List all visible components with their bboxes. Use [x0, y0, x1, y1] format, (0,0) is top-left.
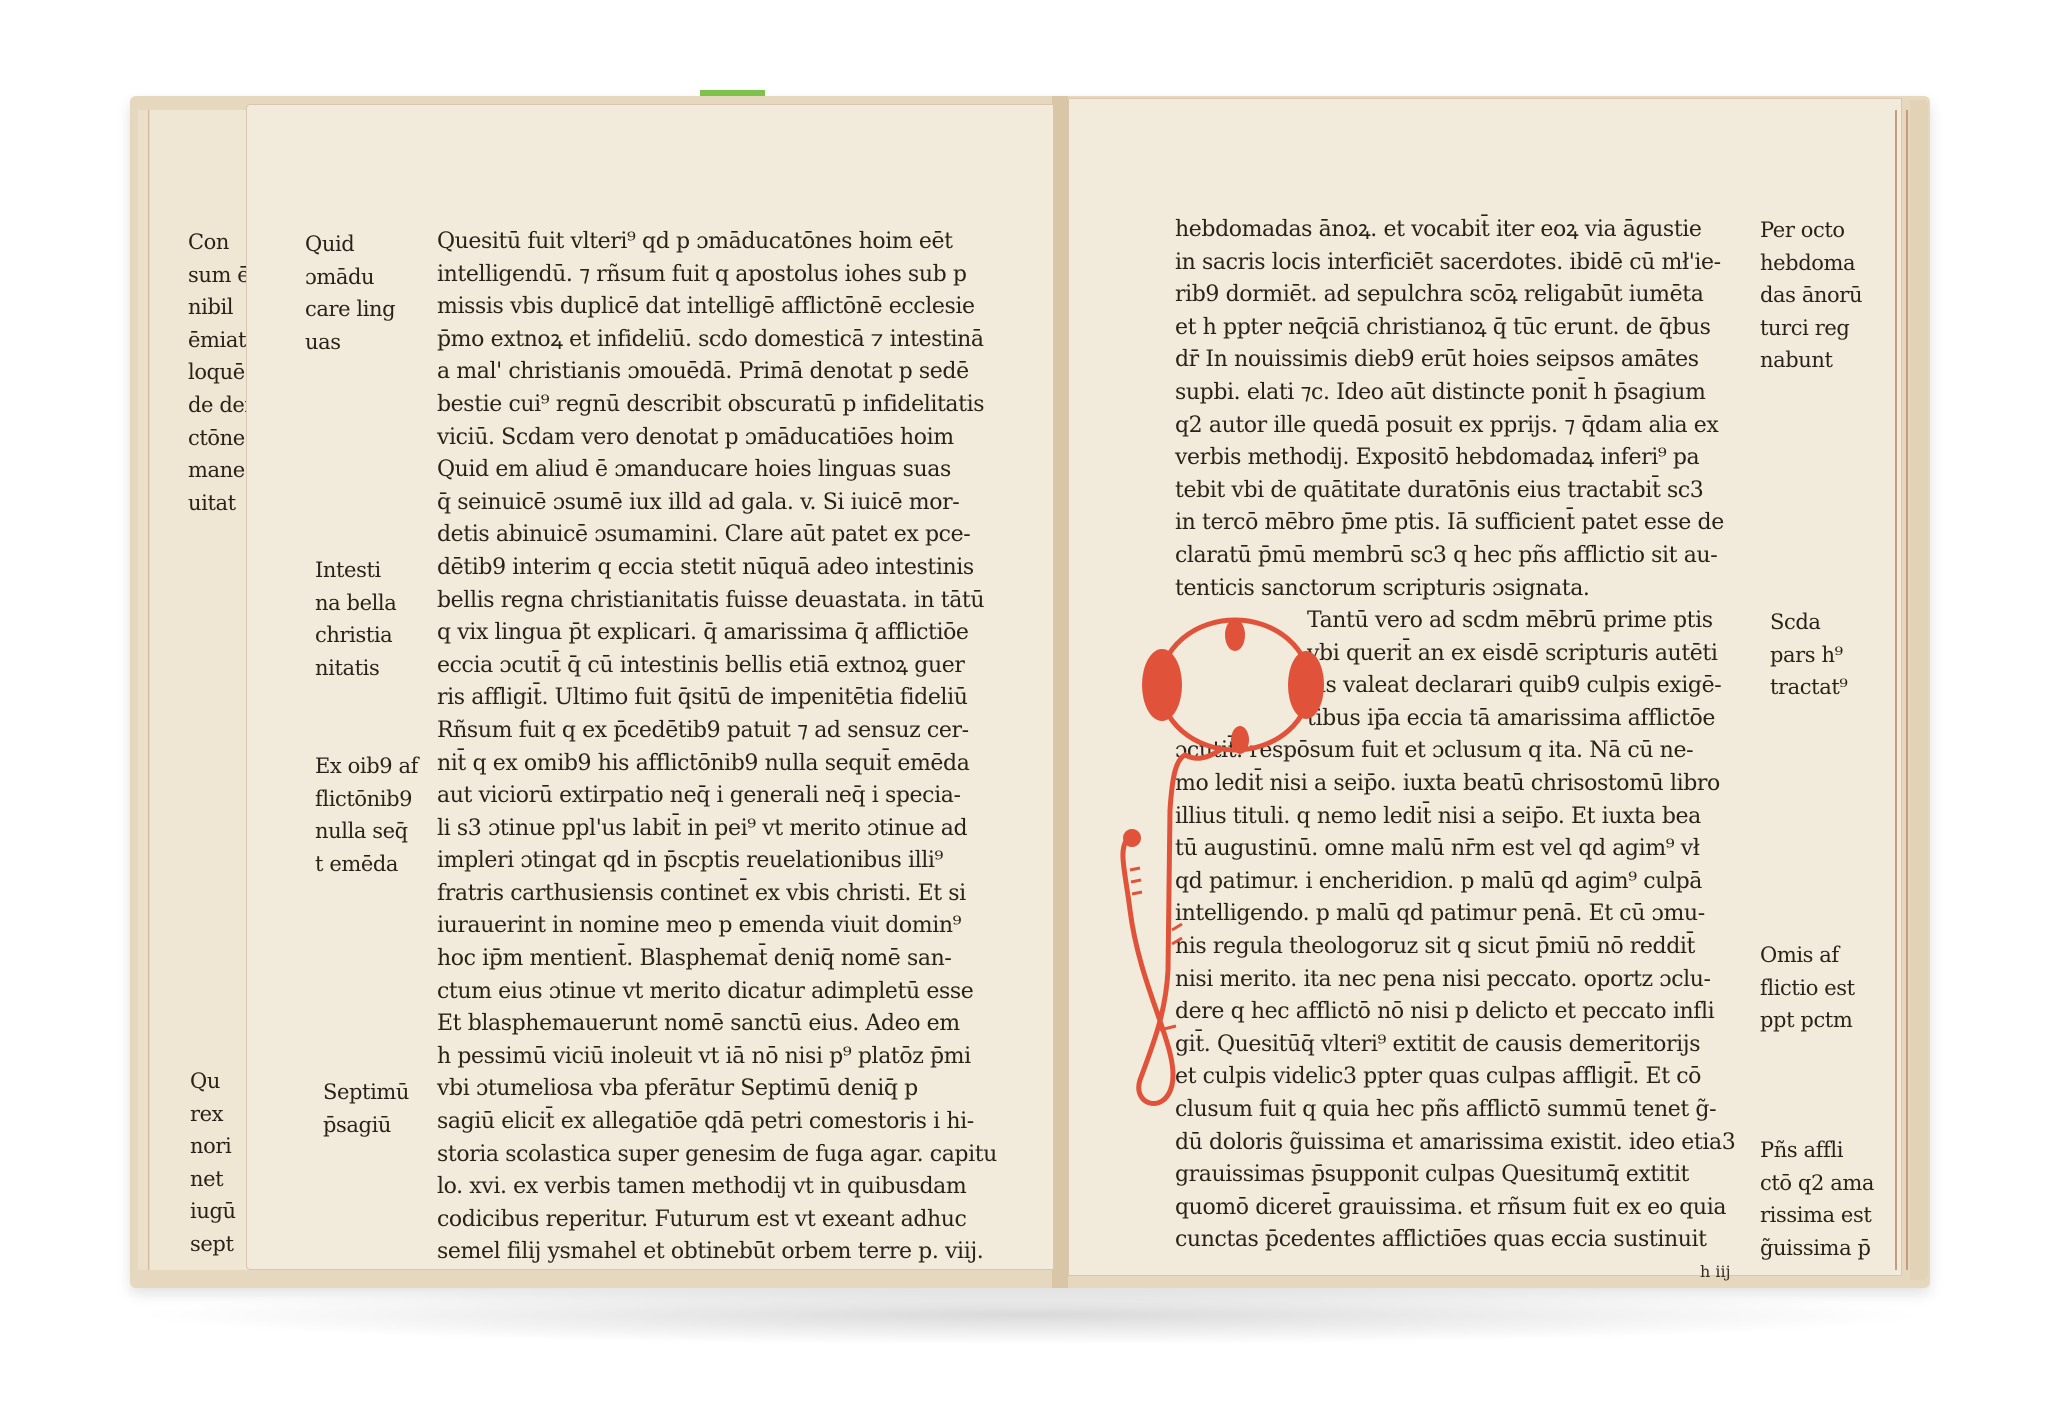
text-line: de def — [188, 389, 248, 422]
text-line: Et blasphemauerunt nomē sanctū eius. Ade… — [437, 1008, 1017, 1041]
text-line: ēmiat — [188, 324, 248, 357]
text-line: Quid — [305, 228, 395, 261]
text-line: h pessimū viciū inoleuit vt iā nō nisi p… — [437, 1041, 1017, 1074]
text-line: dētib9 interim q eccia stetit nūquā adeo… — [437, 552, 1017, 585]
text-line: ɔmādu — [305, 261, 395, 294]
underlying-page-text-top: Consum ēnibilēmiatloquēde defctōnemaneui… — [188, 226, 248, 519]
text-line: verbis methodij. Expositō hebdomadaꝝ inf… — [1175, 442, 1760, 475]
left-page-body-text: Quesitū fuit vlteri⁹ qd p ɔmāducatōnes h… — [437, 226, 1017, 1269]
text-line: Ex oib9 af — [315, 750, 418, 783]
text-line: ris affligit̄. Ultimo fuit q̄sitū de imp… — [437, 682, 1017, 715]
text-line: semel filij ysmahel et obtinebūt orbem t… — [437, 1236, 1017, 1269]
text-line: bestie cui⁹ regnū describit obscuratū p … — [437, 389, 1017, 422]
text-line: Quesitū fuit vlteri⁹ qd p ɔmāducatōnes h… — [437, 226, 1017, 259]
text-line: tractat⁹ — [1770, 671, 1847, 704]
text-line: cunctas p̄cedentes afflictiōes quas ecci… — [1175, 1224, 1760, 1257]
text-line: Pñs affli — [1760, 1134, 1874, 1167]
underlying-page-text-bottom: Qurexnorinetiugūsept — [190, 1065, 245, 1261]
book-gutter — [1052, 96, 1068, 1288]
text-line: Omis af — [1760, 939, 1855, 972]
text-line: p̄sagiū — [323, 1109, 409, 1142]
marginal-note: Intestina bellachristianitatis — [315, 554, 396, 684]
text-line: t emēda — [315, 848, 418, 881]
marginal-note: Ex oib9 afflictōnib9nulla seq̄t emēda — [315, 750, 418, 880]
text-line: das ānorū — [1760, 279, 1862, 312]
marginal-note: Scdapars h⁹tractat⁹ — [1770, 606, 1847, 704]
text-line: Con — [188, 226, 248, 259]
text-line: nit̄ q ex omib9 his afflictōnib9 nulla s… — [437, 748, 1017, 781]
text-line: codicibus reperitur. Futurum est vt exea… — [437, 1204, 1017, 1237]
text-line: Quid em aliud ē ɔmanducare hoies linguas… — [437, 454, 1017, 487]
text-line: Septimū — [323, 1076, 409, 1109]
text-line: Scda — [1770, 606, 1847, 639]
right-page-body-text: hebdomadas ānoꝝ. et vocabit̄ iter eoꝝ vi… — [1175, 214, 1760, 605]
text-line: net — [190, 1163, 245, 1196]
text-line: hoc ip̄m mentient̄. Blasphemat̄ deniq̄ n… — [437, 943, 1017, 976]
marginal-note: Omis afflictio estppt pctm — [1760, 939, 1855, 1037]
text-line: missis vbis duplicē dat intelligē afflic… — [437, 291, 1017, 324]
text-line: intelligendū. ⁊ rñsum fuit q apostolus i… — [437, 259, 1017, 292]
text-line: ctum eius ɔtinue vt merito dicatur adimp… — [437, 976, 1017, 1009]
text-line: g̃uissima p̄ — [1760, 1232, 1874, 1265]
text-line: hebdoma — [1760, 247, 1862, 280]
text-line: tebit vbi de quātitate duratōnis eius tr… — [1175, 475, 1760, 508]
text-line: vbi ɔtumeliosa vba pferātur Septimū deni… — [437, 1073, 1017, 1106]
text-line: sum ē — [188, 259, 248, 292]
text-line: ppt pctm — [1760, 1004, 1855, 1037]
text-line: a mal' christianis ɔmouēdā. Primā denota… — [437, 356, 1017, 389]
text-line: nulla seq̄ — [315, 815, 418, 848]
text-line: iugū — [190, 1195, 245, 1228]
text-line: nori — [190, 1130, 245, 1163]
text-line: grauissimas p̄supponit culpas Quesitumq̄… — [1175, 1159, 1760, 1192]
text-line: rissima est — [1760, 1199, 1874, 1232]
marginal-note: Pñs afflictō q2 amarissima estg̃uissima … — [1760, 1134, 1874, 1264]
text-line: iurauerint in nomine meo p emenda viuit … — [437, 910, 1017, 943]
text-line: ctō q2 ama — [1760, 1167, 1874, 1200]
marginal-note: Septimūp̄sagiū — [323, 1076, 409, 1141]
text-line: rex — [190, 1098, 245, 1131]
right-page-edge-rule — [1895, 110, 1897, 1270]
text-line: flictōnib9 — [315, 783, 418, 816]
text-line: nabunt — [1760, 344, 1862, 377]
marginal-note: Per octohebdomadas ānorūturci regnabunt — [1760, 214, 1862, 377]
text-line: nibil — [188, 291, 248, 324]
text-line: supbi. elati ⁊c. Ideo aūt distincte poni… — [1175, 377, 1760, 410]
text-line: turci reg — [1760, 312, 1862, 345]
text-line: in tercō mēbro p̄me ptis. Iā sufficient̄… — [1175, 507, 1760, 540]
marginal-note: Quidɔmāducare linguas — [305, 228, 395, 358]
text-line: dr̄ In nouissimis dieb9 erūt hoies seips… — [1175, 344, 1760, 377]
text-line: nitatis — [315, 652, 396, 685]
right-board-edge — [1910, 100, 1928, 1280]
text-line: Qu — [190, 1065, 245, 1098]
green-bookmark-edge — [700, 90, 765, 96]
text-line: christia — [315, 619, 396, 652]
text-line: Rñsum fuit q ex p̄cedētib9 patuit ⁊ ad s… — [437, 715, 1017, 748]
signature-mark: h iij — [1700, 1262, 1731, 1281]
text-line: care ling — [305, 293, 395, 326]
text-line: sept — [190, 1228, 245, 1261]
text-line: storia scolastica super genesim de fuga … — [437, 1139, 1017, 1172]
text-line: uitat — [188, 487, 248, 520]
text-line: na bella — [315, 587, 396, 620]
text-line: loquē — [188, 356, 248, 389]
text-line: eccia ɔcutit̄ q̄ cū intestinis bellis et… — [437, 650, 1017, 683]
text-line: dū doloris g̃uissima et amarissima exist… — [1175, 1127, 1760, 1160]
text-line: lo. xvi. ex verbis tamen methodij vt in … — [437, 1171, 1017, 1204]
text-line: mane — [188, 454, 248, 487]
text-line: Intesti — [315, 554, 396, 587]
text-line: bellis regna christianitatis fuisse deua… — [437, 585, 1017, 618]
text-line: ctōne — [188, 422, 248, 455]
text-line: aut viciorū extirpatio neq̄ i generali n… — [437, 780, 1017, 813]
text-line: quomō diceret̄ grauissima. et rñsum fuit… — [1175, 1192, 1760, 1225]
text-line: Per octo — [1760, 214, 1862, 247]
text-line: hebdomadas ānoꝝ. et vocabit̄ iter eoꝝ vi… — [1175, 214, 1760, 247]
text-line: pars h⁹ — [1770, 639, 1847, 672]
rubricated-initial-q — [1110, 610, 1340, 1110]
text-line: q2 autor ille quedā posuit ex pprijs. ⁊ … — [1175, 410, 1760, 443]
text-line: rib9 dormiēt. ad sepulchra scōꝝ religabū… — [1175, 279, 1760, 312]
text-line: fratris carthusiensis continet̄ ex vbis … — [437, 878, 1017, 911]
text-line: et h ppter neq̄ciā christianoꝝ q̄ tūc er… — [1175, 312, 1760, 345]
text-line: sagiū elicit̄ ex allegatiōe qdā petri co… — [437, 1106, 1017, 1139]
text-line: q vix lingua p̄t explicari. q̄ amarissim… — [437, 617, 1017, 650]
text-line: tenticis sanctorum scripturis ɔsignata. — [1175, 573, 1760, 606]
text-line: li s3 ɔtinue ppl'us labit̄ in pei⁹ vt me… — [437, 813, 1017, 846]
text-line: p̄mo extnoꝝ et infideliū. scdo domesticā… — [437, 324, 1017, 357]
text-line: impleri ɔtingat qd in p̄scptis reuelatio… — [437, 845, 1017, 878]
underlying-leaf-edge — [138, 110, 149, 1270]
text-line: viciū. Scdam vero denotat p ɔmāducatiōes… — [437, 422, 1017, 455]
text-line: claratū p̄mū membrū sc3 q hec pñs afflic… — [1175, 540, 1760, 573]
right-page-edge-rule — [1906, 110, 1908, 1270]
text-line: flictio est — [1760, 972, 1855, 1005]
text-line: in sacris locis interficiēt sacerdotes. … — [1175, 247, 1760, 280]
text-line: detis abinuicē ɔsumamini. Clare aūt pate… — [437, 519, 1017, 552]
text-line: uas — [305, 326, 395, 359]
book-shadow — [130, 1285, 1930, 1345]
text-line: q̄ seinuicē ɔsumē iux illd ad gala. v. S… — [437, 487, 1017, 520]
